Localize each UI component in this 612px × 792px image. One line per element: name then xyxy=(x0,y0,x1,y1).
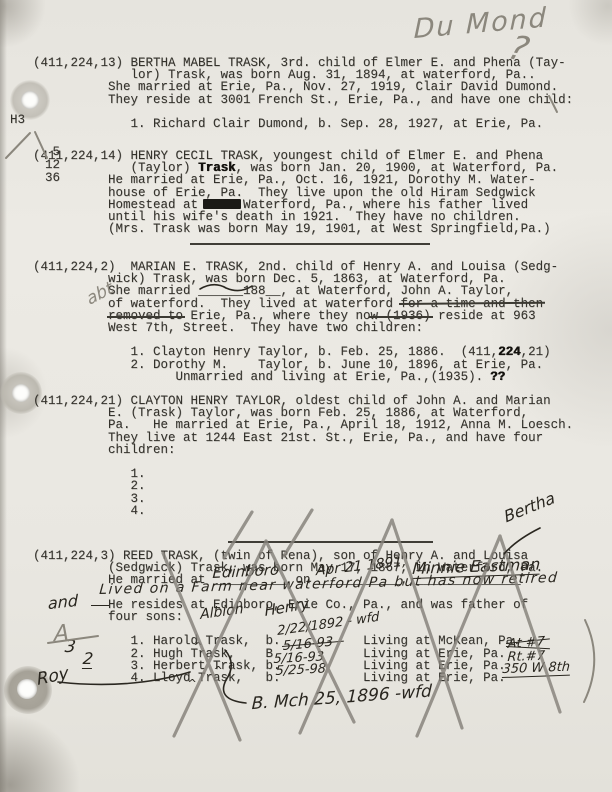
handwritten-note: ^ xyxy=(213,664,224,677)
typed-section-marian-e-trask: (411,224,2) MARIAN E. TRASK, 2nd. child … xyxy=(33,261,558,383)
handwritten-note: 5/25-98 xyxy=(275,661,326,679)
handwritten-note: A xyxy=(54,620,69,647)
handwritten-note: ^ xyxy=(193,640,204,653)
strikethrough-mark xyxy=(107,316,185,318)
handwritten-note: ^ xyxy=(187,677,198,690)
overstruck-typed-text: Trask xyxy=(198,162,236,174)
strikethrough-mark xyxy=(91,605,109,606)
margin-code-h3: H3 xyxy=(10,114,25,126)
overstruck-typed-text: ?? xyxy=(490,371,505,383)
punch-hole-center xyxy=(12,384,30,402)
handwritten-note: 350 W 8th xyxy=(502,660,571,678)
document-page: H3 5 12 36 (411,224,13) BERTHA MABEL TRA… xyxy=(0,0,612,792)
section-divider xyxy=(228,541,433,543)
typed-section-clayton-henry-taylor: (411,224,21) CLAYTON HENRY TAYLOR, oldes… xyxy=(33,395,573,517)
handwritten-note: 2 xyxy=(82,649,94,669)
strikethrough-mark xyxy=(369,316,433,318)
redacted-word xyxy=(203,199,241,209)
handwritten-note: B. Mch 25, 1896 -wfd xyxy=(251,681,432,714)
overstruck-typed-text: 224 xyxy=(498,346,521,358)
section-divider xyxy=(190,243,430,245)
typed-section-henry-cecil-trask: (411,224,14) HENRY CECIL TRASK, youngest… xyxy=(33,150,558,235)
typed-section-bertha-mabel-trask: (411,224,13) BERTHA MABEL TRASK, 3rd. ch… xyxy=(33,57,573,130)
handwritten-note: and xyxy=(48,591,78,613)
